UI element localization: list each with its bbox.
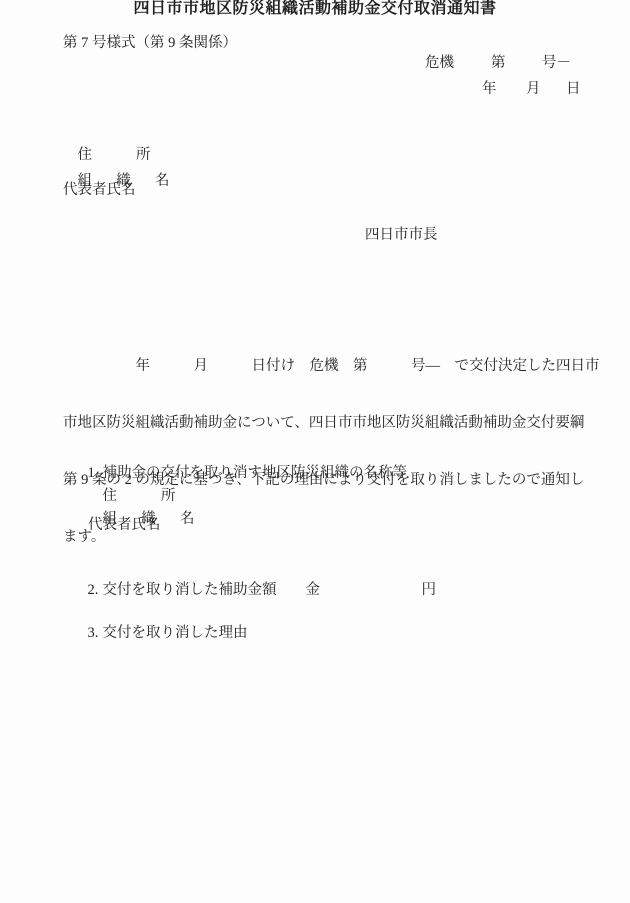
ref-number-department: 危機 bbox=[425, 55, 454, 72]
item-2-number: 2. bbox=[88, 582, 103, 599]
date-day-label: 日 bbox=[566, 81, 581, 98]
ref-number-prefix: 第 bbox=[491, 55, 506, 72]
item-3: 3.交付を取り消した理由 bbox=[73, 608, 248, 658]
issuer-name: 四日市市長 bbox=[365, 227, 438, 244]
notice-document-page: 第 7 号様式（第 9 条関係） 危機 第 号－ 年 月 日 住 所 組 織 名… bbox=[0, 0, 630, 903]
addressee-representative-label: 代表者氏名 bbox=[63, 182, 136, 199]
date-year-label: 年 bbox=[482, 81, 497, 98]
ref-number-suffix: 号－ bbox=[542, 55, 571, 72]
body-line-2: 市地区防災組織活動補助金について、四日市市地区防災組織活動補助金交付要綱 bbox=[63, 412, 603, 436]
item-3-number: 3. bbox=[88, 625, 103, 642]
item1-representative-label: 代表者氏名 bbox=[88, 517, 161, 534]
item-3-text: 交付を取り消した理由 bbox=[103, 625, 248, 641]
form-number: 第 7 号様式（第 9 条関係） bbox=[63, 35, 237, 52]
date-month-label: 月 bbox=[526, 81, 541, 98]
document-title: 四日市市地区防災組織活動補助金交付取消通知書 bbox=[0, 0, 630, 18]
item-2-text: 交付を取り消した補助金額 金 円 bbox=[103, 582, 437, 598]
body-line-1: 年 月 日付け 危機 第 号― で交付決定した四日市 bbox=[63, 355, 603, 379]
